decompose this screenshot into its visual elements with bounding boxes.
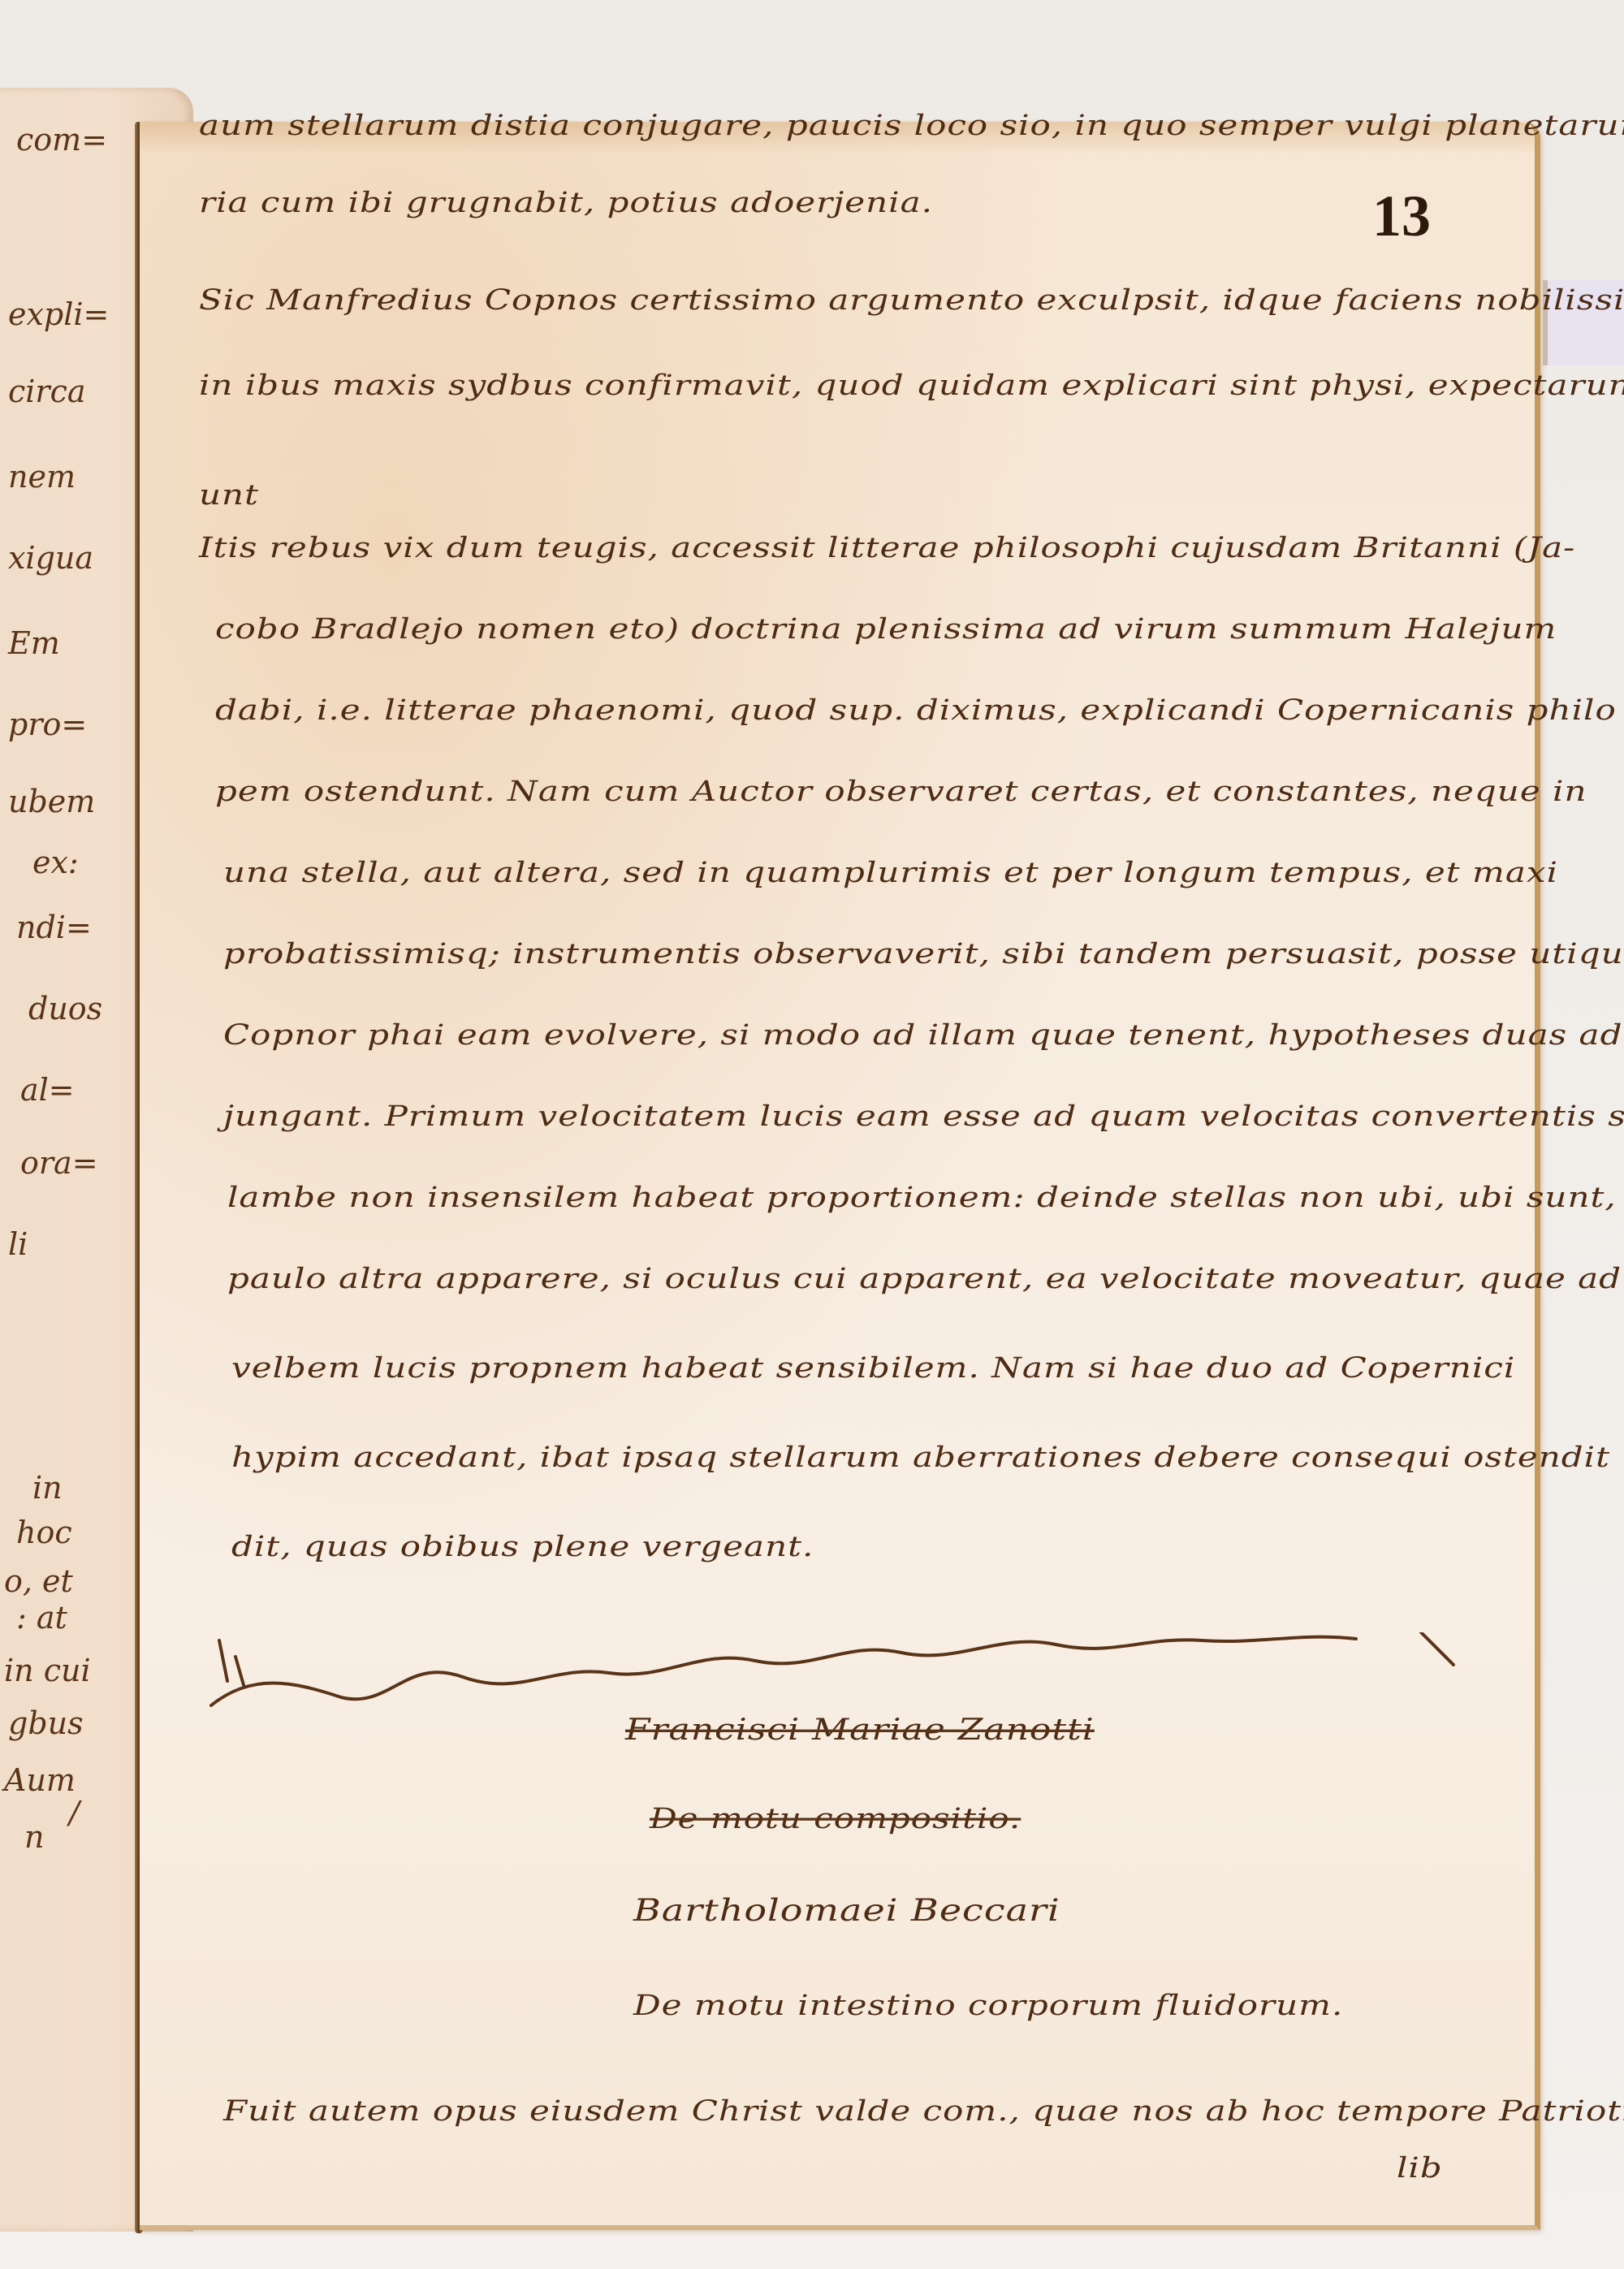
struck-section-title: De motu compositio. — [650, 1802, 1021, 1835]
manuscript-line: unt — [199, 478, 259, 511]
left-fragment: gbus — [8, 1705, 84, 1741]
manuscript-line: dabi, i.e. litterae phaenomi, quod sup. … — [215, 694, 1617, 726]
left-fragment: li — [8, 1226, 28, 1262]
manuscript-line: dit, quas obibus plene vergeant. — [231, 1530, 814, 1562]
left-fragment: ndi= — [16, 910, 92, 945]
section-title: De motu intestino corporum fluidorum. — [633, 1989, 1343, 2021]
left-fragment: ex: — [32, 845, 79, 880]
struck-author-heading: Francisci Mariae Zanotti — [625, 1713, 1095, 1747]
left-fragment: ora= — [20, 1145, 98, 1181]
left-fragment: al= — [20, 1072, 75, 1108]
manuscript-line: jungant. Primum velocitatem lucis eam es… — [223, 1100, 1624, 1132]
wavy-separator-flourish — [203, 1632, 1470, 1722]
left-fragment: hoc — [16, 1515, 72, 1550]
left-fragment: Aum — [4, 1762, 76, 1798]
manuscript-line: ria cum ibi grugnabit, potius adoerjenia… — [199, 186, 933, 218]
author-heading: Bartholomaei Beccari — [633, 1892, 1060, 1928]
manuscript-line: aum stellarum distia conjugare, paucis l… — [199, 109, 1624, 141]
left-fragment: in cui — [4, 1653, 91, 1688]
manuscript-line: velbem lucis propnem habeat sensibilem. … — [231, 1351, 1515, 1384]
manuscript-line: paulo altra apparere, si oculus cui appa… — [227, 1262, 1622, 1294]
manuscript-line: probatissimisq; instrumentis observaveri… — [223, 937, 1624, 970]
closing-line: Fuit autem opus eiusdem Christ valde com… — [223, 2094, 1624, 2127]
manuscript-line: pem ostendunt. Nam cum Auctor observaret… — [215, 775, 1587, 807]
left-fragment: in — [32, 1470, 63, 1506]
manuscript-line: lambe non insensilem habeat proportionem… — [227, 1181, 1624, 1213]
left-fragment: expli= — [8, 296, 109, 332]
left-fragment: Em — [8, 625, 60, 661]
left-fragment: ubem — [8, 784, 95, 819]
manuscript-line: Itis rebus vix dum teugis, accessit litt… — [199, 531, 1575, 564]
left-fragment: nem — [8, 459, 76, 495]
manuscript-line: Copnor phai eam evolvere, si modo ad ill… — [223, 1018, 1624, 1051]
left-fragment: duos — [28, 991, 102, 1026]
left-fragment: / — [69, 1795, 80, 1830]
left-fragment: circa — [8, 374, 86, 409]
catchword: lib — [1397, 2151, 1443, 2184]
left-fragment: n — [24, 1819, 44, 1855]
left-fragment: xigua — [8, 540, 93, 576]
manuscript-line: una stella, aut altera, sed in quampluri… — [223, 856, 1558, 888]
manuscript-line: cobo Bradlejo nomen eto) doctrina plenis… — [215, 612, 1557, 645]
left-fragment: o, et — [4, 1563, 73, 1599]
manuscript-line: Sic Manfredius Copnos certissimo argumen… — [199, 283, 1624, 316]
left-fragment: com= — [16, 122, 107, 158]
manuscript-line: in ibus maxis sydbus confirmavit, quod q… — [199, 369, 1624, 401]
left-fragment: : at — [16, 1600, 67, 1636]
left-fragment: pro= — [8, 707, 87, 742]
manuscript-line: hypim accedant, ibat ipsaq stellarum abe… — [231, 1441, 1610, 1473]
page-number: 13 — [1372, 183, 1431, 250]
